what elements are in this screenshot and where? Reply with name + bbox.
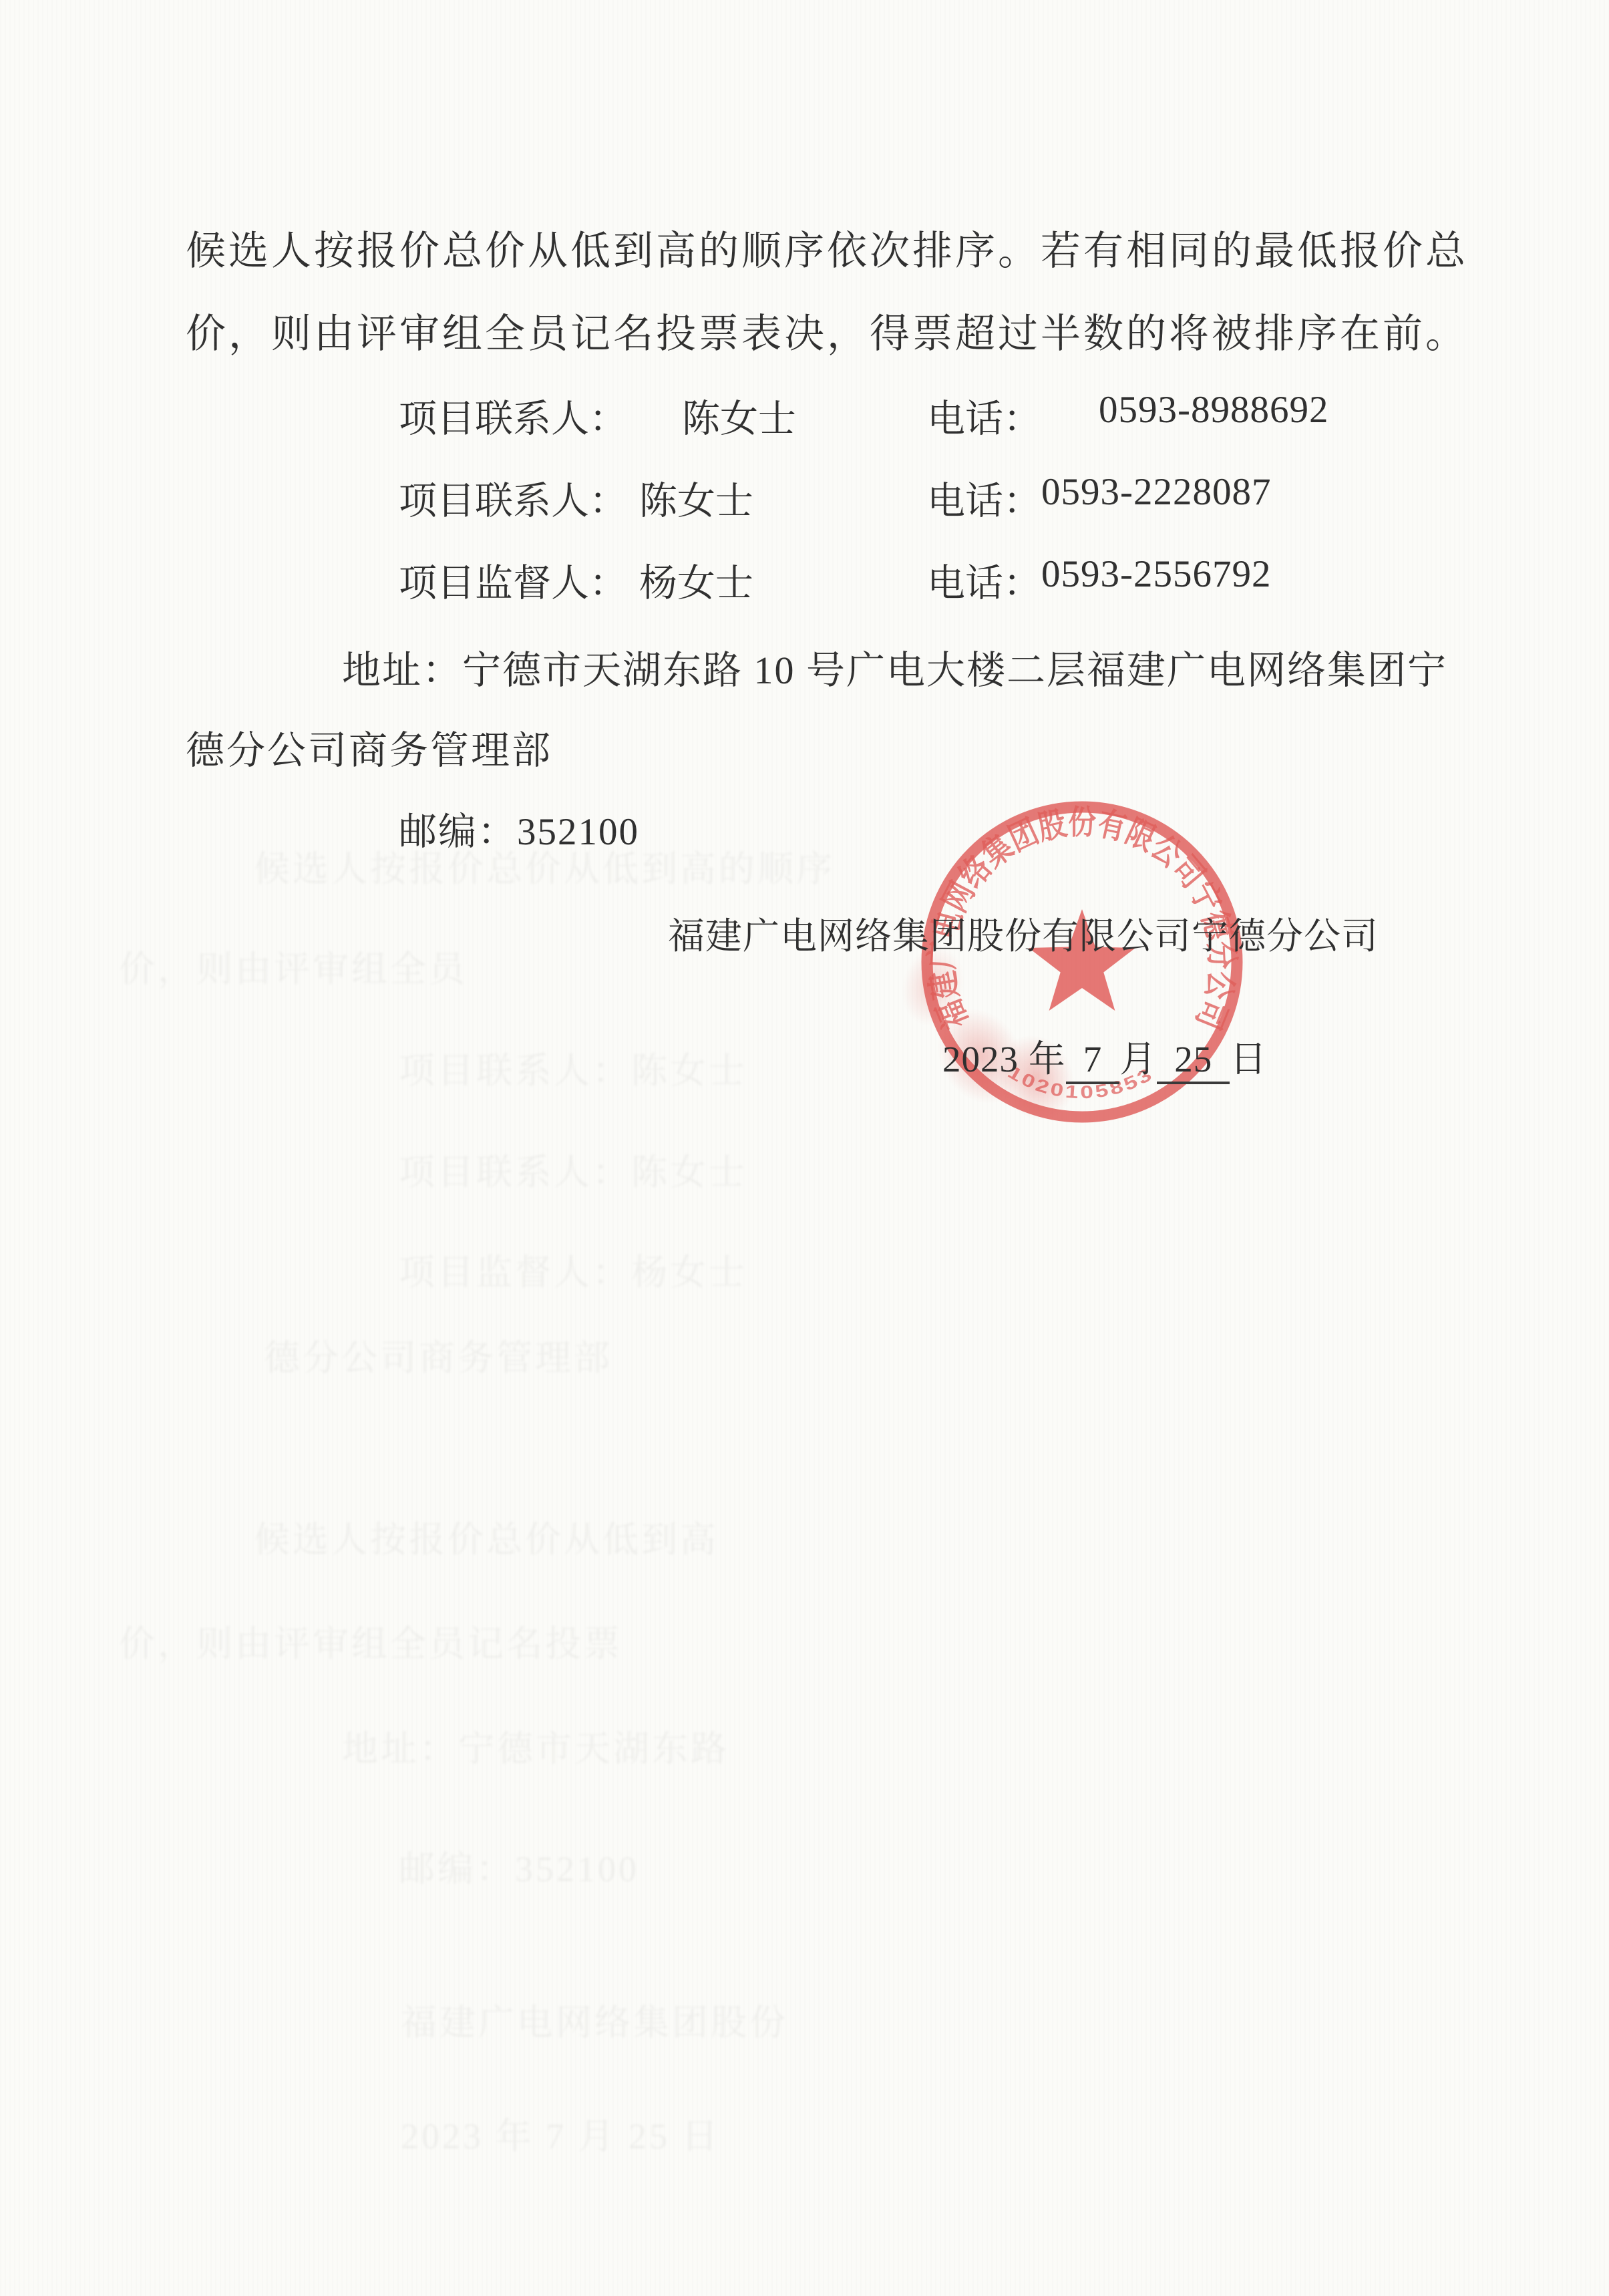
ghost-bleedthrough-text: 项目联系人：陈女士 — [399, 1042, 747, 1094]
scanned-document-page: 候选人按报价总价从低到高的顺序依次排序。若有相同的最低报价总 价，则由评审组全员… — [0, 0, 1609, 2296]
contact-row-2: 项目联系人： 陈女士 电话： 0593-2228087 — [399, 470, 1534, 518]
supervisor-name: 杨女士 — [639, 552, 753, 607]
ghost-bleedthrough-text: 地址：宁德市天湖东路 — [342, 1720, 729, 1772]
ghost-bleedthrough-text: 德分公司商务管理部 — [264, 1329, 612, 1381]
ghost-bleedthrough-text: 项目联系人：陈女士 — [399, 1144, 747, 1195]
phone-label: 电话： — [927, 388, 1041, 443]
phone-number: 0593-2228087 — [1041, 470, 1271, 514]
ghost-bleedthrough-text: 项目监督人：杨女士 — [399, 1244, 747, 1295]
paragraph-line-2: 价，则由评审组全员记名投票表决，得票超过半数的将被排序在前。 — [186, 302, 1468, 359]
date-day-unit: 日 — [1230, 1039, 1267, 1080]
signature-date: 2023 年7月25日 — [903, 987, 1267, 1126]
ghost-bleedthrough-text: 候选人按报价总价从低到高的顺序 — [254, 840, 835, 892]
date-month-unit: 月 — [1119, 1039, 1157, 1080]
address-line-2: 德分公司商务管理部 — [186, 719, 552, 775]
phone-number: 0593-2556792 — [1041, 552, 1271, 596]
ghost-bleedthrough-text: 2023 年 7 月 25 日 — [401, 2108, 721, 2159]
contact-row-1: 项目联系人： 陈女士 电话： 0593-8988692 — [399, 388, 1534, 436]
contact-label: 项目联系人： — [399, 470, 627, 525]
date-day: 25 — [1157, 1039, 1230, 1084]
contact-name: 陈女士 — [639, 470, 753, 525]
signature-company: 福建广电网络集团股份有限公司宁德分公司 — [668, 907, 1379, 959]
date-month: 7 — [1066, 1039, 1120, 1084]
phone-label: 电话： — [927, 552, 1041, 607]
phone-label: 电话： — [927, 470, 1041, 525]
paragraph-line-1: 候选人按报价总价从低到高的顺序依次排序。若有相同的最低报价总 — [186, 219, 1468, 277]
ghost-bleedthrough-text: 邮编：352100 — [399, 1840, 639, 1892]
address-line-1: 地址：宁德市天湖东路 10 号广电大楼二层福建广电网络集团宁 — [342, 639, 1447, 695]
ghost-bleedthrough-text: 价，则由评审组全员 — [119, 941, 468, 992]
contact-label: 项目联系人： — [399, 388, 627, 443]
date-year: 2023 年 — [942, 1039, 1066, 1080]
ghost-bleedthrough-text: 福建广电网络集团股份 — [401, 1994, 788, 2045]
supervisor-label: 项目监督人： — [399, 552, 627, 607]
ghost-bleedthrough-text: 价，则由评审组全员记名投票 — [119, 1615, 622, 1667]
contact-name: 陈女士 — [682, 388, 796, 443]
contact-row-3: 项目监督人： 杨女士 电话： 0593-2556792 — [399, 552, 1534, 601]
phone-number: 0593-8988692 — [1099, 388, 1328, 432]
ghost-bleedthrough-text: 候选人按报价总价从低到高 — [254, 1511, 719, 1563]
